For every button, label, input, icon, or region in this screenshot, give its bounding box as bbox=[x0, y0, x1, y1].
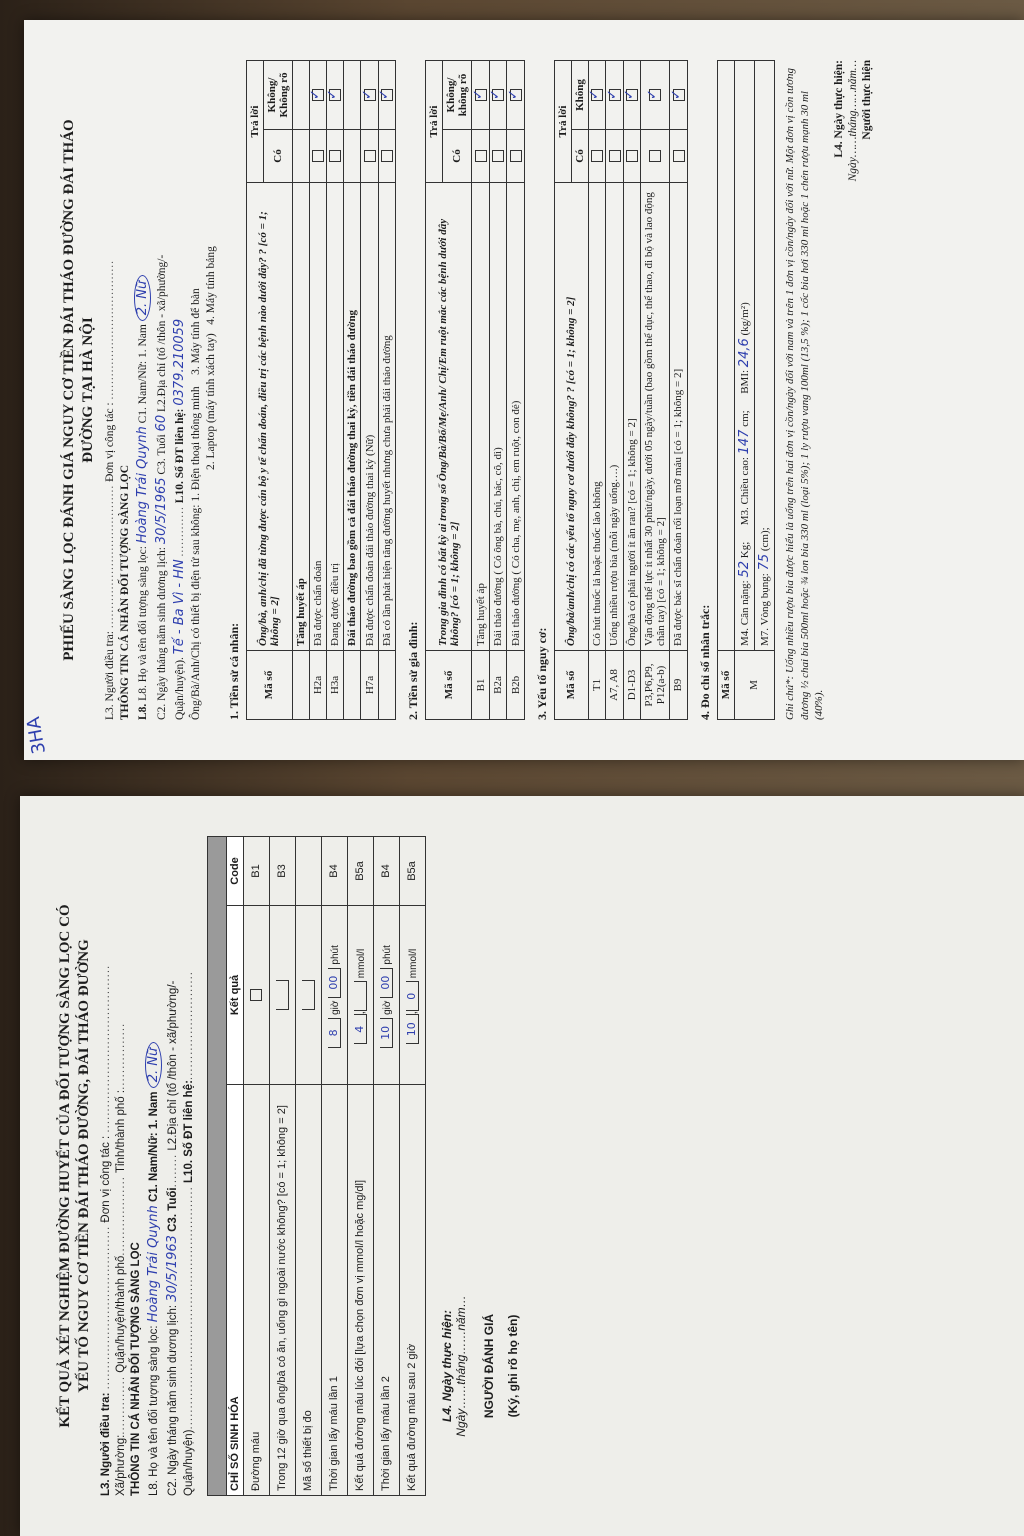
yes-checkbox[interactable] bbox=[492, 150, 504, 162]
decimal-separator: , bbox=[407, 1011, 419, 1014]
value-unit: mmol/l bbox=[408, 949, 419, 978]
decimal-value[interactable]: 0 bbox=[406, 981, 419, 1011]
anthropometry-code: M bbox=[734, 651, 774, 720]
col-question: Ông/bà, anh/chị đã từng được cán bộ y tế… bbox=[246, 183, 292, 651]
lab-result-form: KẾT QUẢ XÉT NGHIỆM ĐƯỜNG HUYẾT CỦA ĐỐI T… bbox=[20, 796, 1024, 1536]
yes-checkbox[interactable] bbox=[626, 150, 638, 162]
m3-height-value[interactable]: 147 bbox=[737, 430, 752, 455]
c2-row: C2. Ngày tháng năm sinh dương lịch: 30/5… bbox=[154, 60, 169, 720]
yes-checkbox[interactable] bbox=[364, 150, 376, 162]
row-text: Đã có lần phát hiện tăng đường huyết như… bbox=[378, 183, 395, 651]
table-row: Đường máuB1 bbox=[243, 837, 269, 1496]
family-history-heading: 2. Tiền sử gia đình: bbox=[406, 60, 421, 720]
row-code: B5a bbox=[347, 837, 373, 906]
minute-unit: phút bbox=[382, 945, 393, 964]
metric-label: Thời gian lấy máu lần 2 bbox=[373, 1085, 399, 1496]
col-code: Mã số bbox=[246, 651, 292, 720]
col-yes: Có bbox=[571, 130, 588, 183]
yes-checkbox[interactable] bbox=[475, 150, 487, 162]
col-metric: CHỈ SỐ SINH HÓA bbox=[226, 1085, 243, 1496]
row-code: P3,P6,P9, P12(a-b) bbox=[641, 651, 670, 720]
col-code: Mã số bbox=[426, 651, 472, 720]
yes-checkbox[interactable] bbox=[591, 150, 603, 162]
col-result: Kết quả bbox=[226, 906, 243, 1085]
row-text: Tăng huyết áp bbox=[292, 183, 309, 651]
l4-label: L4. Ngày thực hiện: bbox=[440, 1310, 454, 1422]
lab-results-table: CHỈ SỐ SINH HÓA Kết quả Code Đường máuB1… bbox=[207, 836, 426, 1496]
minute-unit: phút bbox=[330, 945, 341, 964]
row-text: Ông/bà có phải người ít ăn rau? [có = 1;… bbox=[623, 183, 640, 651]
row-code: A7, A8 bbox=[606, 651, 623, 720]
row-text: Tăng huyết áp bbox=[472, 183, 489, 651]
m7-label: M7. Vòng bụng: bbox=[759, 573, 771, 646]
table-row: T1Có hút thuốc lá hoặc thuốc lào không bbox=[588, 61, 605, 720]
row-text: Đái tháo đường ( Có ông bà, chú, bác, cô… bbox=[489, 183, 506, 651]
c3-age-value[interactable]: 60 bbox=[154, 415, 169, 432]
c1-label: C1. Nam/Nữ: 1. Nam bbox=[148, 1091, 160, 1202]
family-history-table: Mã số Trong gia đình có bất kỳ ai trong … bbox=[425, 60, 524, 720]
c2-label: C2. Ngày tháng năm sinh dương lịch: bbox=[156, 547, 168, 720]
district-value[interactable]: Tế - Ba Vì - HN bbox=[172, 559, 187, 654]
device-option-laptop[interactable]: 2. Laptop (máy tính xách tay) bbox=[205, 333, 217, 470]
district-row: Quận/huyện). Tế - Ba Vì - HN ...........… bbox=[172, 60, 187, 720]
anthropometry-table: Mã số M M4. Cân nặng: 52 Kg; M3. Chiều c… bbox=[717, 60, 775, 720]
c1-label: C1. Nam/Nữ: 1. Nam bbox=[137, 324, 149, 423]
l8-name-value[interactable]: Hoàng Trái Quynh bbox=[135, 426, 150, 543]
form-a-signature: L4. Ngày thực hiện: Ngày……tháng……năm… Ng… bbox=[833, 60, 873, 720]
risk-factors-heading: 3. Yếu tố nguy cơ: bbox=[535, 60, 550, 720]
m4-m3-bmi-row: M4. Cân nặng: 52 Kg; M3. Chiều cao: 147 … bbox=[734, 61, 754, 651]
risk-factors-table: Mã số Ông/bà/anh/chị có các yếu tố nguy … bbox=[554, 60, 688, 720]
row-code bbox=[344, 651, 361, 720]
col-no: Không/ Không rõ bbox=[263, 61, 292, 130]
row-code bbox=[295, 837, 321, 906]
ward-label: Xã/phường: bbox=[115, 1435, 127, 1496]
m3-label: M3. Chiều cao: bbox=[739, 457, 751, 525]
table-row: B9Đã được bác sĩ chẩn đoán rối loạn mỡ m… bbox=[670, 61, 687, 720]
table-row: Thời gian lấy máu lần 210giờ00phútB4 bbox=[373, 837, 399, 1496]
result-cell[interactable] bbox=[295, 906, 321, 1085]
row-code: B1 bbox=[243, 837, 269, 906]
l3-row: L3. Người điều tra: ....................… bbox=[100, 836, 112, 1496]
l8-label: L8. Họ và tên đối tượng sàng lọc: bbox=[148, 1325, 160, 1496]
no-checkbox[interactable] bbox=[649, 89, 661, 101]
l2-label: L2.Địa chỉ (tổ /thôn - xã/phường/- bbox=[167, 981, 179, 1151]
result-cell[interactable]: 8giờ00phút bbox=[321, 906, 347, 1085]
minute-value[interactable]: 00 bbox=[380, 968, 393, 998]
section-personal: THÔNG TIN CÁ NHÂN ĐỐI TƯỢNG SÀNG LỌC bbox=[119, 60, 131, 720]
col-no: Không/ không rõ bbox=[443, 61, 472, 130]
district-label: Quận/huyện). bbox=[174, 657, 186, 720]
col-answer: Trả lời bbox=[246, 61, 263, 183]
l4-label: L4. Ngày thực hiện: bbox=[833, 60, 845, 158]
no-checkbox[interactable] bbox=[609, 89, 621, 101]
row-text: Đang được điều trị bbox=[326, 183, 343, 651]
address-row: Xã/phường:.............. Quận/huyện/thàn… bbox=[115, 836, 127, 1496]
m7-waist-value[interactable]: 75 bbox=[757, 554, 772, 571]
col-question: Trong gia đình có bất kỳ ai trong số Ông… bbox=[426, 183, 472, 651]
l3-row: L3. Người điều tra: ....................… bbox=[104, 60, 116, 720]
personal-history-heading: 1. Tiền sử cá nhân: bbox=[227, 60, 242, 720]
m4-label: M4. Cân nặng: bbox=[739, 580, 751, 646]
device-row-2: 2. Laptop (máy tính xách tay) 4. Máy tín… bbox=[205, 60, 217, 720]
metric-label: Mã số thiết bị đo bbox=[295, 1085, 321, 1496]
c2-dob-value[interactable]: 30/5/1965 bbox=[154, 477, 169, 544]
m4-weight-value[interactable]: 52 bbox=[737, 561, 752, 578]
minute-value[interactable]: 00 bbox=[328, 968, 341, 998]
yes-checkbox[interactable] bbox=[609, 150, 621, 162]
col-code: Code bbox=[226, 837, 243, 906]
unit-field[interactable]: ........................................ bbox=[100, 965, 112, 1133]
metric-label: Kết quả đường máu lúc đói [lựa chọn đơn … bbox=[347, 1085, 373, 1496]
row-text: Đã được chẩn đoán bbox=[309, 183, 326, 651]
row-code: D1-D3 bbox=[623, 651, 640, 720]
l10-label: L10. Số ĐT liên hệ: bbox=[183, 1080, 195, 1183]
no-checkbox[interactable] bbox=[673, 89, 685, 101]
result-cell[interactable]: 4,mmol/l bbox=[347, 906, 373, 1085]
unit-label: Đơn vị công tác : bbox=[100, 1136, 112, 1223]
no-checkbox[interactable] bbox=[329, 89, 341, 101]
row-text: Đã được bác sĩ chẩn đoán rối loạn mỡ máu… bbox=[670, 183, 687, 651]
l2-label: L2.Địa chỉ (tổ /thôn - xã/phường/- bbox=[156, 255, 168, 412]
c1-selected-female[interactable]: 2. Nữ bbox=[145, 1042, 162, 1089]
row-code: B9 bbox=[670, 651, 687, 720]
row-text: Có hút thuốc lá hoặc thuốc lào không bbox=[588, 183, 605, 651]
hour-value[interactable]: 10 bbox=[380, 1018, 393, 1048]
col-code: Mã số bbox=[717, 651, 734, 720]
value-unit: mmol/l bbox=[356, 949, 367, 978]
no-checkbox[interactable] bbox=[312, 89, 324, 101]
table-row: Kết quả đường máu lúc đói [lựa chọn đơn … bbox=[347, 837, 373, 1496]
l4-date[interactable]: Ngày……tháng……năm… bbox=[847, 60, 859, 720]
table-row: Kết quả đường máu sau 2 giờ10,0mmol/lB5a bbox=[399, 837, 425, 1496]
l3-label: L3. Người điều tra: bbox=[100, 1393, 112, 1496]
table-row: Trong 12 giờ qua ông/bà có ăn, uống gì n… bbox=[269, 837, 295, 1496]
l3-field[interactable]: ..................................... bbox=[104, 485, 116, 628]
c2-dob-value[interactable]: 30/5/1963 bbox=[165, 1235, 180, 1302]
col-answer: Trả lời bbox=[426, 61, 443, 183]
unit-field[interactable]: .................................... bbox=[104, 260, 116, 400]
decimal-separator: , bbox=[355, 1011, 367, 1014]
col-answer: Trả lời bbox=[554, 61, 571, 183]
form-a-title: PHIẾU SÀNG LỌC ĐÁNH GIÁ NGUY CƠ TIỀN ĐÁI… bbox=[60, 60, 98, 720]
bmi-value[interactable]: 24,6 bbox=[737, 338, 752, 367]
l8-name-value[interactable]: Hoàng Trái Quynh bbox=[146, 1205, 161, 1322]
table-row: B2bĐái tháo đường ( Có cha, mẹ, anh, chị… bbox=[507, 61, 524, 720]
row-text: Đã được chẩn đoán đái tháo đường thai kỳ… bbox=[361, 183, 378, 651]
row-code: T1 bbox=[588, 651, 605, 720]
table-row: H3aĐang được điều trị bbox=[326, 61, 343, 720]
decimal-value[interactable] bbox=[354, 981, 367, 1011]
c3-label: C3. Tuổi bbox=[156, 434, 168, 474]
yes-checkbox[interactable] bbox=[312, 150, 324, 162]
c2-row: C2. Ngày tháng năm sinh dương lịch: 30/5… bbox=[165, 836, 180, 1496]
c3-label: C3. Tuổi bbox=[167, 1187, 179, 1232]
row-code: B5a bbox=[399, 837, 425, 906]
yes-checkbox[interactable] bbox=[510, 150, 522, 162]
title-line-2: ĐƯỜNG TẠI HÀ NỘI bbox=[79, 60, 98, 720]
l4-date[interactable]: Ngày……tháng……năm… bbox=[454, 1236, 468, 1496]
title-line-1: PHIẾU SÀNG LỌC ĐÁNH GIÁ NGUY CƠ TIỀN ĐÁI… bbox=[60, 60, 79, 720]
result-cell[interactable]: 10,0mmol/l bbox=[399, 906, 425, 1085]
row-text: Uống nhiều rượu bia (mỗi ngày uống….) bbox=[606, 183, 623, 651]
title-line-2: YẾU TỐ NGUY CƠ TIỀN ĐÁI THÁO ĐƯỜNG, ĐÁI … bbox=[75, 836, 94, 1496]
table-row: Tăng huyết áp bbox=[292, 61, 309, 720]
l8-label: L8. Họ và tên đối tượng sàng lọc: bbox=[137, 546, 149, 701]
no-checkbox[interactable] bbox=[626, 89, 638, 101]
yes-checkbox[interactable] bbox=[381, 150, 393, 162]
title-line-1: KẾT QUẢ XÉT NGHIỆM ĐƯỜNG HUYẾT CỦA ĐỐI T… bbox=[56, 836, 75, 1496]
result-cell[interactable]: 10giờ00phút bbox=[373, 906, 399, 1085]
no-checkbox[interactable] bbox=[510, 89, 522, 101]
personal-history-table: Mã số Ông/bà, anh/chị đã từng được cán b… bbox=[246, 60, 397, 720]
m7-row: M7. Vòng bụng: 75 (cm); bbox=[754, 61, 774, 651]
table-row: Thời gian lấy máu lần 18giờ00phútB4 bbox=[321, 837, 347, 1496]
evaluator-label: NGƯỜI ĐÁNH GIÁ bbox=[482, 1236, 496, 1496]
bmi-unit: (kg/m²) bbox=[739, 302, 751, 335]
table-row: Đã có lần phát hiện tăng đường huyết như… bbox=[378, 61, 395, 720]
province-label: Tỉnh/thành phố : bbox=[115, 1090, 127, 1173]
yes-checkbox[interactable] bbox=[673, 150, 685, 162]
row-code: B4 bbox=[373, 837, 399, 906]
table-header-bar bbox=[207, 837, 226, 1496]
table-row: P3,P6,P9, P12(a-b)Vận động thể lực ít nh… bbox=[641, 61, 670, 720]
row-code: H7a bbox=[361, 651, 378, 720]
row-code: B3 bbox=[269, 837, 295, 906]
metric-label: Kết quả đường máu sau 2 giờ bbox=[399, 1085, 425, 1496]
metric-label: Đường máu bbox=[243, 1085, 269, 1496]
m7-unit: (cm); bbox=[759, 527, 771, 551]
district-row: Quận/huyện).............................… bbox=[183, 836, 195, 1496]
alcohol-note: Ghi chú*: Uống nhiều rượu bia được hiểu … bbox=[783, 60, 828, 720]
row-code bbox=[378, 651, 395, 720]
metric-label: Thời gian lấy máu lần 1 bbox=[321, 1085, 347, 1496]
district2-label: Quận/huyện) bbox=[183, 1430, 195, 1497]
section-personal-heading: THÔNG TIN CÁ NHÂN ĐỐI TƯỢNG SÀNG LỌC bbox=[130, 1242, 142, 1496]
result-cell[interactable] bbox=[243, 906, 269, 1085]
l10-label: L10. Số ĐT liên hệ: bbox=[174, 409, 186, 504]
yes-checkbox[interactable] bbox=[329, 150, 341, 162]
table-row: B2aĐái tháo đường ( Có ông bà, chú, bác,… bbox=[489, 61, 506, 720]
no-checkbox[interactable] bbox=[381, 89, 393, 101]
col-code: Mã số bbox=[554, 651, 588, 720]
row-text: Vận động thể lực ít nhất 30 phút/ngày, d… bbox=[641, 183, 670, 651]
row-code: H3a bbox=[326, 651, 343, 720]
row-text: Đái tháo đường ( Có cha, mẹ, anh, chị, e… bbox=[507, 183, 524, 651]
l3-field[interactable]: ....................................... bbox=[100, 1226, 112, 1390]
form-b-title: KẾT QUẢ XÉT NGHIỆM ĐƯỜNG HUYẾT CỦA ĐỐI T… bbox=[56, 836, 94, 1496]
district-label: Quận/huyện/thành phố bbox=[115, 1256, 127, 1373]
row-code: B2a bbox=[489, 651, 506, 720]
row-code bbox=[292, 651, 309, 720]
result-blank[interactable] bbox=[302, 980, 315, 1010]
hour-value[interactable]: 8 bbox=[328, 1018, 341, 1048]
integer-value[interactable]: 4 bbox=[354, 1014, 367, 1044]
row-code: B1 bbox=[472, 651, 489, 720]
section-personal: THÔNG TIN CÁ NHÂN ĐỐI TƯỢNG SÀNG LỌC bbox=[130, 836, 142, 1496]
no-checkbox[interactable] bbox=[475, 89, 487, 101]
device-question: Ông/Bà/Anh/Chị có thiết bị điện tử sau k… bbox=[190, 505, 202, 720]
result-blank[interactable] bbox=[276, 980, 289, 1010]
device-option-smartphone[interactable]: 1. Điện thoại thông minh bbox=[190, 386, 202, 501]
l8-row: L8. Họ và tên đối tượng sàng lọc: Hoàng … bbox=[145, 836, 162, 1496]
evaluator-note: (Ký, ghi rõ họ tên) bbox=[506, 1236, 520, 1496]
result-cell[interactable] bbox=[269, 906, 295, 1085]
table-row: B1Tăng huyết áp bbox=[472, 61, 489, 720]
table-row: H2aĐã được chẩn đoán bbox=[309, 61, 326, 720]
anthropometry-heading: 4. Đo chỉ số nhân trắc: bbox=[698, 60, 713, 720]
l10-phone-value[interactable]: 0379.210059 bbox=[172, 319, 187, 406]
metric-label: Trong 12 giờ qua ông/bà có ăn, uống gì n… bbox=[269, 1085, 295, 1496]
col-yes: Có bbox=[263, 130, 292, 183]
m4-unit: Kg; bbox=[739, 542, 751, 559]
c2-label: C2. Ngày tháng năm sinh dương lịch: bbox=[167, 1305, 179, 1496]
table-row: Mã số thiết bị đo bbox=[295, 837, 321, 1496]
m3-unit: cm; bbox=[739, 410, 751, 427]
bmi-label: BMI: bbox=[739, 370, 751, 394]
row-code: B4 bbox=[321, 837, 347, 906]
row-text: Đái tháo đường bao gồm cả đái tháo đường… bbox=[344, 183, 361, 651]
integer-value[interactable]: 10 bbox=[406, 1014, 419, 1044]
no-checkbox[interactable] bbox=[591, 89, 603, 101]
table-row: D1-D3Ông/bà có phải người ít ăn rau? [có… bbox=[623, 61, 640, 720]
no-checkbox[interactable] bbox=[492, 89, 504, 101]
c1-selected-female[interactable]: 2. Nữ bbox=[134, 275, 151, 322]
yes-checkbox[interactable] bbox=[649, 150, 661, 162]
col-yes: Có bbox=[443, 130, 472, 183]
l8-row: L8. L8. Họ và tên đối tượng sàng lọc: Ho… bbox=[134, 60, 151, 720]
screening-form: 3HA PHIẾU SÀNG LỌC ĐÁNH GIÁ NGUY CƠ TIỀN… bbox=[24, 20, 1024, 760]
hour-unit: giờ bbox=[382, 1001, 393, 1015]
result-checkbox[interactable] bbox=[250, 989, 262, 1001]
l3-label: L3. Người điều tra: bbox=[104, 631, 116, 720]
no-checkbox[interactable] bbox=[364, 89, 376, 101]
device-option-desktop[interactable]: 3. Máy tính để bàn bbox=[190, 288, 202, 375]
row-code: B2b bbox=[507, 651, 524, 720]
col-question: Ông/bà/anh/chị có các yếu tố nguy cơ dướ… bbox=[554, 183, 588, 651]
row-code: H2a bbox=[309, 651, 326, 720]
col-no: Không bbox=[571, 61, 588, 130]
table-row: Đái tháo đường bao gồm cả đái tháo đường… bbox=[344, 61, 361, 720]
unit-label: Đơn vị công tác : bbox=[104, 402, 116, 482]
table-row: H7aĐã được chẩn đoán đái tháo đường thai… bbox=[361, 61, 378, 720]
form-b-signature: L4. Ngày thực hiện: Ngày……tháng……năm… NG… bbox=[440, 1236, 520, 1496]
section-personal-heading: THÔNG TIN CÁ NHÂN ĐỐI TƯỢNG SÀNG LỌC bbox=[119, 465, 131, 720]
device-row: Ông/Bà/Anh/Chị có thiết bị điện tử sau k… bbox=[190, 60, 202, 720]
device-option-tablet[interactable]: 4. Máy tính bảng bbox=[205, 246, 217, 325]
signer-label: Người thực hiện bbox=[861, 60, 873, 140]
hour-unit: giờ bbox=[330, 1001, 341, 1015]
table-row: A7, A8Uống nhiều rượu bia (mỗi ngày uống… bbox=[606, 61, 623, 720]
